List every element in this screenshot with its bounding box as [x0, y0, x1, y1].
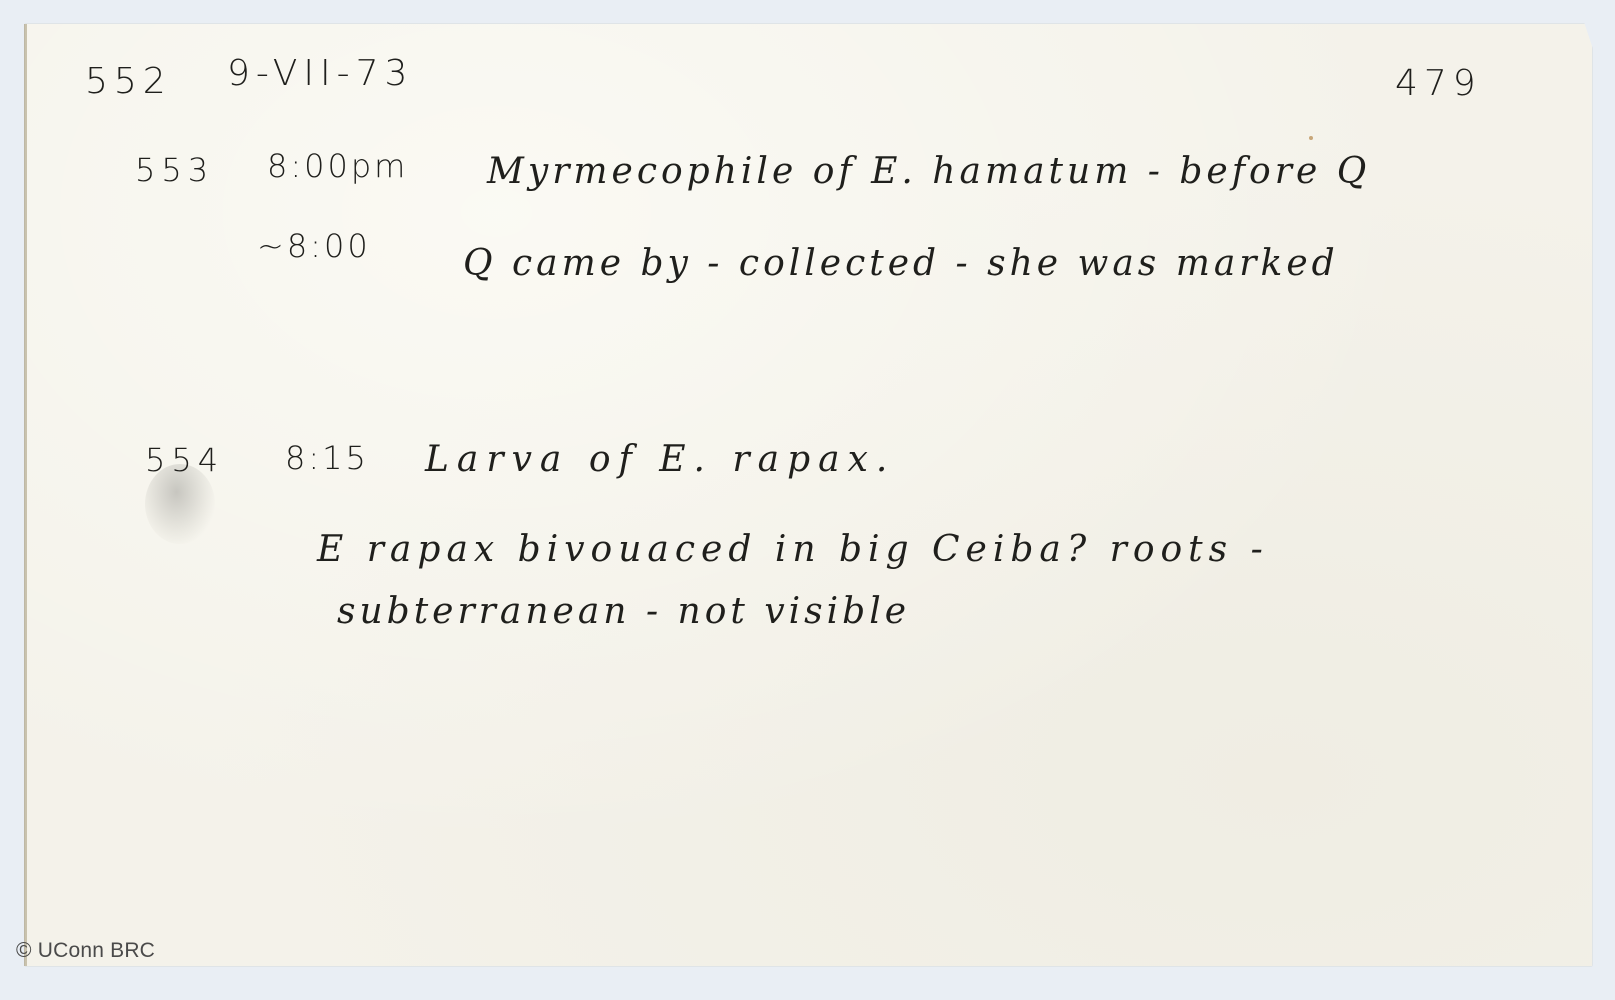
note-card: 552 9-VII-73 479 553 8:00pm Myrmecophile… [25, 24, 1592, 966]
entry-text: subterranean - not visible [337, 594, 910, 630]
entry-text: E rapax bivouaced in big Ceiba? roots - [317, 532, 1269, 568]
record-number: 552 [85, 64, 172, 100]
entry-text: Larva of E. rapax. [425, 442, 895, 478]
copyright-credit: © UConn BRC [16, 939, 155, 963]
record-date: 9-VII-73 [227, 56, 413, 92]
entry-text: Q came by - collected - she was marked [463, 246, 1339, 282]
entry-text: Myrmecophile of E. hamatum - before Q [487, 154, 1370, 190]
page-number: 479 [1395, 66, 1482, 102]
paper-speck [1309, 136, 1313, 140]
entry-time: 8:00pm [267, 150, 408, 182]
entry-number: 553 [135, 154, 214, 186]
entry-number: 554 [145, 444, 224, 476]
entry-time: 8:15 [285, 442, 369, 474]
entry-time: ~8:00 [257, 230, 371, 262]
